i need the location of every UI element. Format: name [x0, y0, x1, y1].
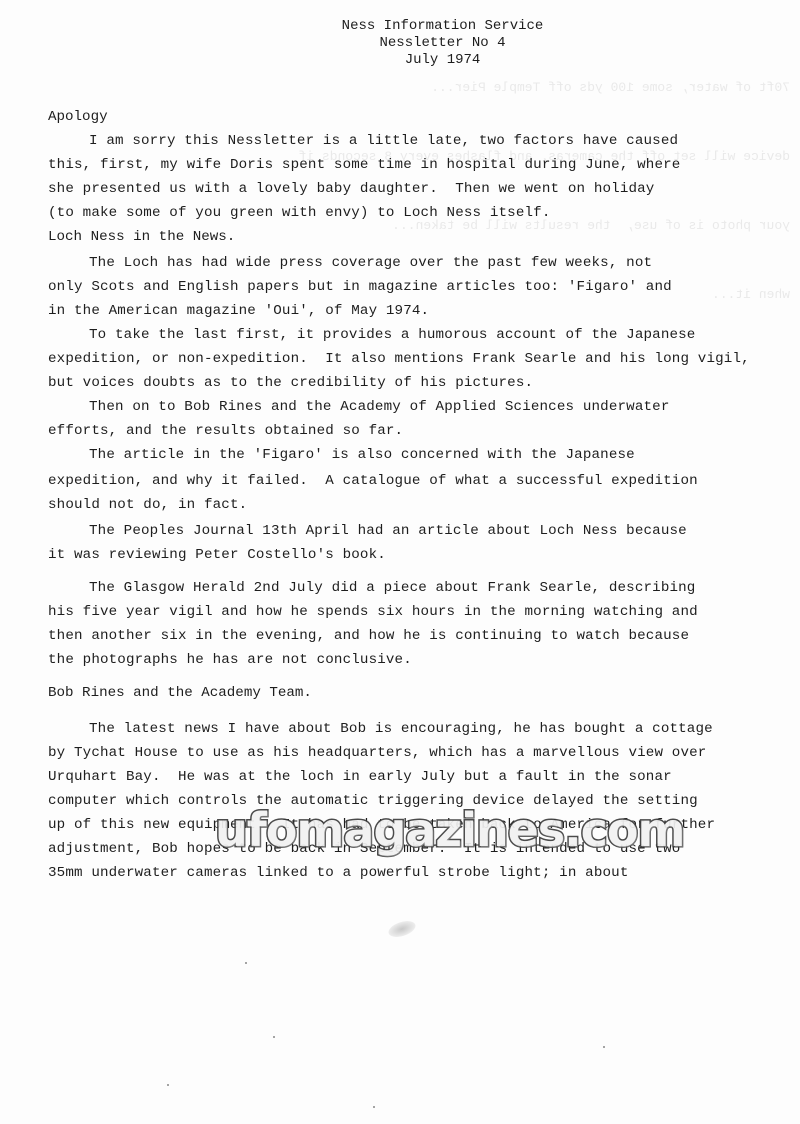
text-line: The Peoples Journal 13th April had an ar…	[89, 523, 687, 539]
paper-speck	[167, 1084, 169, 1086]
text-line: it was reviewing Peter Costello's book.	[48, 547, 386, 563]
text-line: Urquhart Bay. He was at the loch in earl…	[48, 769, 672, 785]
text-line: should not do, in fact.	[48, 497, 247, 513]
text-line: The latest news I have about Bob is enco…	[89, 721, 713, 737]
text-line: this, first, my wife Doris spent some ti…	[48, 157, 680, 173]
watermark-logo: ufomagazines.com	[215, 803, 684, 857]
text-line: The Loch has had wide press coverage ove…	[89, 255, 652, 271]
newsletter-date: July 1974	[85, 52, 800, 69]
text-line: To take the last first, it provides a hu…	[89, 327, 695, 343]
section-heading-news: Loch Ness in the News.	[48, 229, 235, 245]
bleed-line: 70ft of water, some 100 yds off Temple P…	[520, 76, 790, 99]
text-line: The Glasgow Herald 2nd July did a piece …	[89, 580, 695, 596]
paper-speck	[373, 1106, 375, 1108]
text-line: The article in the 'Figaro' is also conc…	[89, 447, 635, 463]
text-line: Then on to Bob Rines and the Academy of …	[89, 399, 669, 415]
document-page: 70ft of water, some 100 yds off Temple P…	[0, 0, 800, 1124]
text-line: but voices doubts as to the credibility …	[48, 375, 533, 391]
section-heading-apology: Apology	[48, 109, 108, 125]
text-line: I am sorry this Nessletter is a little l…	[89, 133, 678, 149]
newsletter-header: Ness Information Service Nessletter No 4…	[0, 18, 800, 69]
organization-name: Ness Information Service	[85, 18, 800, 35]
text-line: she presented us with a lovely baby daug…	[48, 181, 654, 197]
bleed-line: your photo is of use, the results will b…	[520, 214, 790, 237]
text-line: only Scots and English papers but in mag…	[48, 279, 672, 295]
text-line: his five year vigil and how he spends si…	[48, 604, 698, 620]
ink-smudge	[387, 918, 418, 940]
text-line: (to make some of you green with envy) to…	[48, 205, 551, 221]
text-line: expedition, or non-expedition. It also m…	[48, 351, 750, 367]
text-line: expedition, and why it failed. A catalog…	[48, 473, 698, 489]
paper-speck	[245, 962, 247, 964]
text-line: the photographs he has are not conclusiv…	[48, 652, 412, 668]
text-line: 35mm underwater cameras linked to a powe…	[48, 865, 628, 881]
text-line: efforts, and the results obtained so far…	[48, 423, 403, 439]
paper-speck	[273, 1036, 275, 1038]
newsletter-number: Nessletter No 4	[85, 35, 800, 52]
text-line: by Tychat House to use as his headquarte…	[48, 745, 706, 761]
paper-speck	[603, 1046, 605, 1048]
text-line: then another six in the evening, and how…	[48, 628, 689, 644]
section-heading-academy-team: Bob Rines and the Academy Team.	[48, 685, 312, 701]
text-line: in the American magazine 'Oui', of May 1…	[48, 303, 429, 319]
